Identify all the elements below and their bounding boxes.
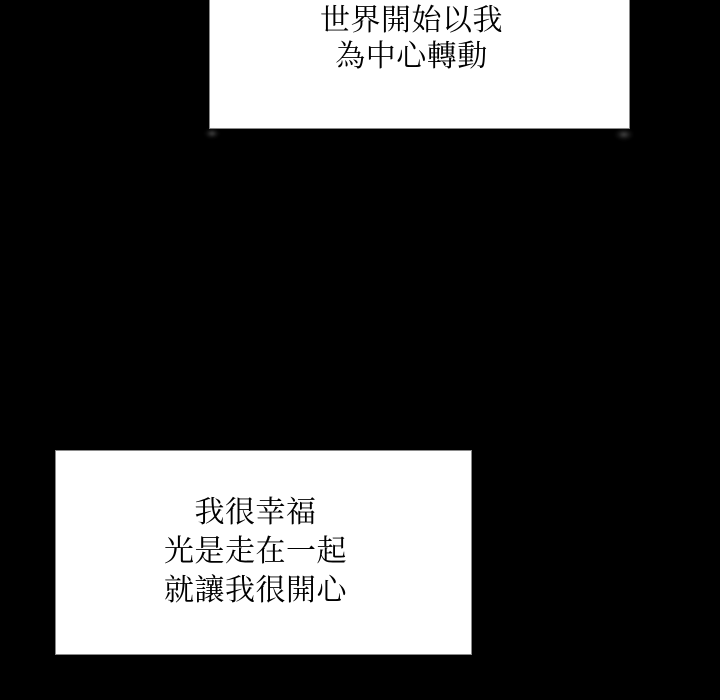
caption-box-bottom: 我很幸福 光是走在一起 就讓我很開心 — [55, 450, 472, 655]
caption-box-top: 世界開始以我 為中心轉動 — [209, 0, 630, 129]
dialogue-line: 世界開始以我 — [202, 3, 621, 39]
caption-text-block: 世界開始以我 為中心轉動 — [202, 0, 621, 75]
dialogue-line: 為中心轉動 — [202, 39, 621, 75]
dialogue-line: 就讓我很開心 — [48, 571, 463, 610]
dialogue-line: 我很幸福 — [48, 493, 463, 532]
corner-smudge-left — [204, 128, 220, 139]
comic-page: 世界開始以我 為中心轉動 我很幸福 光是走在一起 就讓我很開心 — [0, 0, 720, 700]
dialogue-line: 光是走在一起 — [48, 532, 463, 571]
corner-smudge-right — [614, 128, 634, 141]
caption-text-block: 我很幸福 光是走在一起 就讓我很開心 — [48, 451, 463, 610]
